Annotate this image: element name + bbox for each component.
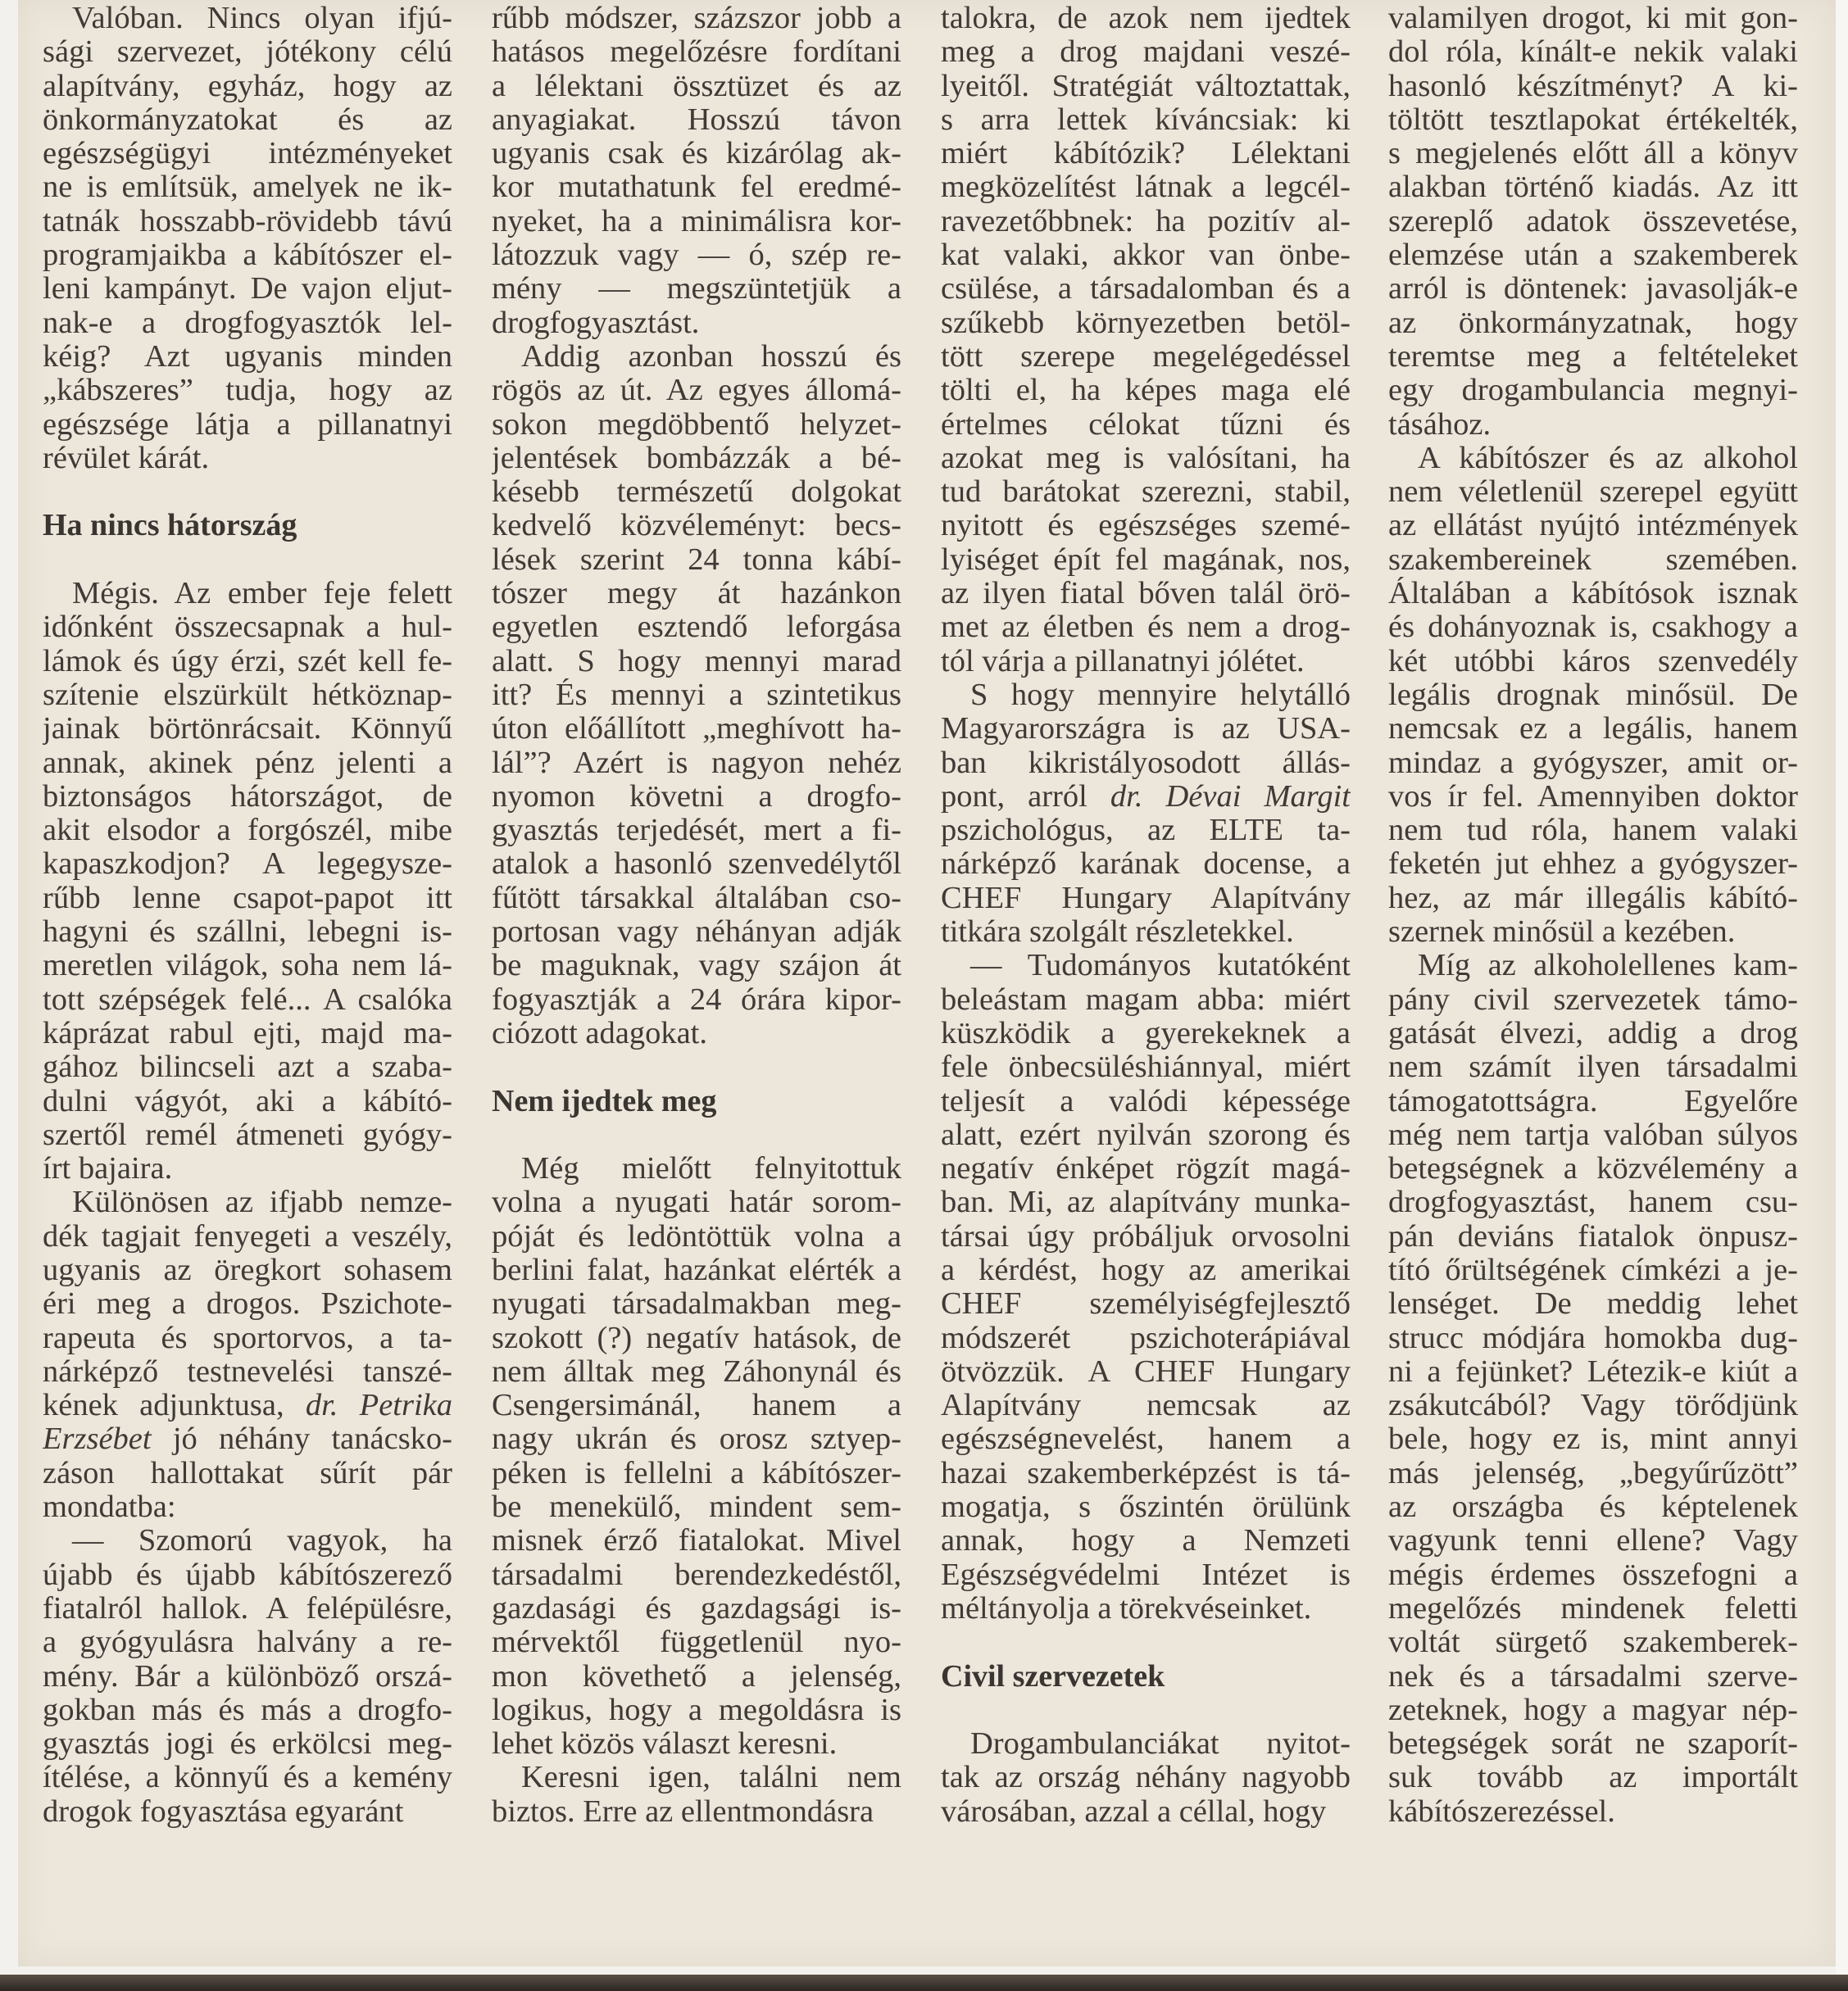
article-text-line: szereplő adatok összevetése, [1388, 205, 1798, 238]
article-text-line: drogfogyasztást, hanem csu- [1388, 1186, 1798, 1219]
article-text-line: gokban más és más a drogfo- [43, 1694, 452, 1727]
article-column-3: talokra, de azok nem ijedtekmeg a drog m… [941, 0, 1351, 1829]
article-text-line: — Tudományos kutatóként [941, 949, 1351, 982]
article-text-line: ni a fejünket? Létezik-e kiút a [1388, 1355, 1798, 1389]
article-text-line: egészségügyi intézményeket [43, 137, 452, 170]
article-text-line: A kábítószer és az alkohol [1388, 442, 1798, 475]
scan-margin [1836, 0, 1848, 1975]
article-text-line: pont, arról dr. Dévai Margit [941, 780, 1351, 814]
article-text-line: drogok fogyasztása egyaránt [43, 1795, 452, 1829]
article-text-line: fele önbecsüléshiánnyal, miért [941, 1050, 1351, 1084]
article-text-line: két utóbbi káros szenvedély [1388, 645, 1798, 678]
article-text-line: arról is döntenek: javasolják-e [1388, 272, 1798, 306]
article-text-line: éri meg a drogos. Pszichote- [43, 1287, 452, 1321]
article-text-line: kéig? Azt ugyanis minden [43, 340, 452, 374]
article-text-line: tásához. [1388, 408, 1798, 442]
article-text-line: rapeuta és sportorvos, a ta- [43, 1322, 452, 1355]
article-text-line: hagyni és szállni, lebegni is- [43, 915, 452, 949]
article-text-line: negatív énképet rögzít magá- [941, 1152, 1351, 1186]
article-text-line: vos ír fel. Amennyiben doktor [1388, 780, 1798, 814]
article-text-line: mérvektől függetlenül nyo- [492, 1626, 901, 1659]
article-text-line: egy drogambulancia megnyi- [1388, 374, 1798, 407]
article-text-line: úton előállított „meghívott ha- [492, 712, 901, 746]
article-text-line: szernek minősül a kezében. [1388, 915, 1798, 949]
article-text-line: Magyarországra is az USA- [941, 712, 1351, 746]
article-text-line: titkára szolgált részletekkel. [941, 915, 1351, 949]
section-heading: Nem ijedtek meg [492, 1085, 901, 1118]
article-text-line: szítenie elszürkült hétköznap- [43, 678, 452, 712]
article-text-line: gazdasági és gazdagsági is- [492, 1592, 901, 1626]
article-text-line: tölti el, ha képes maga elé [941, 374, 1351, 407]
article-text-line: nagy ukrán és orosz sztyep- [492, 1422, 901, 1456]
article-text-line: az országba és képtelenek [1388, 1490, 1798, 1524]
article-text-line: az ellátást nyújtó intézmények [1388, 509, 1798, 542]
article-text-line: kat valaki, akkor van önbe- [941, 238, 1351, 272]
section-heading: Ha nincs hátország [43, 509, 452, 542]
article-text-line: tól várja a pillanatnyi jólétet. [941, 645, 1351, 678]
article-text-line: kor mutathatunk fel eredmé- [492, 170, 901, 204]
article-text-line: tak az ország néhány nagyobb [941, 1761, 1351, 1794]
article-text-line: időnként összecsapnak a hul- [43, 610, 452, 644]
article-text-line: zeteknek, hogy a magyar nép- [1388, 1694, 1798, 1727]
article-text-line: péken is fellelni a kábítószer- [492, 1457, 901, 1490]
article-text-line: kapaszkodjon? A legegysze- [43, 847, 452, 881]
article-text-line: az ilyen fiatal bőven talál örö- [941, 577, 1351, 610]
article-text-line: gához bilincseli azt a szaba- [43, 1050, 452, 1084]
article-text-line: csülése, a társadalomban és a [941, 272, 1351, 306]
article-text-line: talokra, de azok nem ijedtek [941, 2, 1351, 35]
article-text-line: betegségek sorát ne szaporít- [1388, 1727, 1798, 1761]
article-text-line: szakembereinek szemében. [1388, 543, 1798, 577]
article-text-line: lehet közös választ keresni. [492, 1727, 901, 1761]
article-text-line: ban kikristályosodott állás- [941, 746, 1351, 780]
article-text-line: leni kampányt. De vajon eljut- [43, 272, 452, 306]
article-text-line: be maguknak, vagy szájon át [492, 949, 901, 982]
article-text-line: társadalmi berendezkedéstől, [492, 1558, 901, 1592]
article-text-line: gyasztás jogi és erkölcsi meg- [43, 1727, 452, 1761]
article-text-line: hasonló készítményt? A ki- [1388, 70, 1798, 103]
article-text-line: mégis érdemes összefogni a [1388, 1558, 1798, 1592]
article-text-line: ugyanis az öregkort sohasem [43, 1254, 452, 1287]
article-text-line: teljesít a valódi képessége [941, 1085, 1351, 1118]
article-text-line: ugyanis csak és kizárólag ak- [492, 137, 901, 170]
person-name: dr. Dévai Margit [1110, 780, 1351, 814]
article-text-line: kedvelő közvéleményt: becs- [492, 509, 901, 542]
article-text-line: nárképző testnevelési tanszé- [43, 1355, 452, 1389]
article-text-line: anyagiakat. Hosszú távon [492, 103, 901, 137]
article-text-line: Különösen az ifjabb nemze- [43, 1186, 452, 1219]
article-text-line: záson hallottakat sűrít pár [43, 1457, 452, 1490]
article-text-line: szűkebb környezetben betöl- [941, 306, 1351, 340]
article-text-line: fogyasztják a 24 órára kipor- [492, 983, 901, 1017]
article-text-line: mon követhető a jelenség, [492, 1660, 901, 1694]
article-text-line: mény — megszüntetjük a [492, 272, 901, 306]
article-text-line: — Szomorú vagyok, ha [43, 1524, 452, 1558]
article-text-line: és dohányoznak is, csakhogy a [1388, 610, 1798, 644]
article-text-line: városában, azzal a céllal, hogy [941, 1795, 1351, 1829]
article-text-line: nem tud róla, hanem valaki [1388, 814, 1798, 847]
article-text-line: hatásos megelőzésre fordítani [492, 35, 901, 69]
article-text-line: fűtött társakkal általában cso- [492, 882, 901, 915]
article-text-line: nyitott és egészséges szemé- [941, 509, 1351, 542]
article-text-line: mény. Bár a különböző orszá- [43, 1660, 452, 1694]
article-text-line: nak-e a drogfogyasztók lel- [43, 306, 452, 340]
article-text-line: meg a drog majdani veszé- [941, 35, 1351, 69]
article-text-line: jelentések bombázzák a bé- [492, 442, 901, 475]
article-text-line: Erzsébet jó néhány tanácsko- [43, 1422, 452, 1456]
article-text-line: Még mielőtt felnyitottuk [492, 1152, 901, 1186]
article-text-line: küszködik a gyerekeknek a [941, 1017, 1351, 1050]
article-text-line: megelőzés mindenek feletti [1388, 1592, 1798, 1626]
article-text-line: tött szerepe megelégedéssel [941, 340, 1351, 374]
article-column-4: valamilyen drogot, ki mit gon-dol róla, … [1388, 0, 1798, 1829]
article-text-line: káprázat rabul ejti, majd ma- [43, 1017, 452, 1050]
article-text-line: társai úgy próbáljuk orvosolni [941, 1220, 1351, 1254]
article-text-line: ne is említsük, amelyek ne ik- [43, 170, 452, 204]
article-text-line: a gyógyulásra halvány a re- [43, 1626, 452, 1659]
article-text-line: egészségnevelést, hanem a [941, 1422, 1351, 1456]
article-text-line: gatását élvezi, addig a drog [1388, 1017, 1798, 1050]
article-text-line: Keresni igen, találni nem [492, 1761, 901, 1794]
article-text-line: tatnák hosszabb-rövidebb távú [43, 205, 452, 238]
article-text-line: írt bajaira. [43, 1152, 452, 1186]
article-text-line: biztos. Erre az ellentmondásra [492, 1795, 901, 1829]
article-text-line: Míg az alkoholellenes kam- [1388, 949, 1798, 982]
article-text-line: Addig azonban hosszú és [492, 340, 901, 374]
article-text-line: jainak börtönrácsait. Könnyű [43, 712, 452, 746]
article-text-line: legális drognak minősül. De [1388, 678, 1798, 712]
article-text-line: dék tagjait fenyegeti a veszély, [43, 1220, 452, 1254]
article-text-line: rűbb lenne csapot-papot itt [43, 882, 452, 915]
article-text-line: méltányolja a törekvéseinket. [941, 1592, 1351, 1626]
article-text-line: berlini falat, hazánkat elérték a [492, 1254, 901, 1287]
article-text-line: szertől remél átmeneti gyógy- [43, 1118, 452, 1152]
article-text-line: ciózott adagokat. [492, 1017, 901, 1050]
article-text-line: egészsége látja a pillanatnyi [43, 408, 452, 442]
article-text-line: ítélése, a könnyű és a kemény [43, 1761, 452, 1794]
article-text-line: póját és ledöntöttük volna a [492, 1220, 901, 1254]
article-text-line: ravezetőbbnek: ha pozitív al- [941, 205, 1351, 238]
article-text-line: lyeitől. Stratégiát változtattak, [941, 70, 1351, 103]
article-text-line: hazai szakemberképzést is tá- [941, 1457, 1351, 1490]
article-text-line: önkormányzatokat és az [43, 103, 452, 137]
article-text-line: az önkormányzatnak, hogy [1388, 306, 1798, 340]
article-text-line: tító őrültségének címkézi a je- [1388, 1254, 1798, 1287]
article-text-line: töltött tesztlapokat értékelték, [1388, 103, 1798, 137]
article-text-line: rögös az út. Az egyes állomá- [492, 374, 901, 407]
article-text-line: programjaikba a kábítószer el- [43, 238, 452, 272]
article-text-line: volna a nyugati határ sorom- [492, 1186, 901, 1219]
article-text-line: még nem tartja valóban súlyos [1388, 1118, 1798, 1152]
article-text-line: logikus, hogy a megoldásra is [492, 1694, 901, 1727]
article-text-line: nárképző karának docense, a [941, 847, 1351, 881]
article-text-line: késebb természetű dolgokat [492, 475, 901, 509]
article-text-line: elemzése után a szakemberek [1388, 238, 1798, 272]
article-text-line: tud barátokat szerezni, stabil, [941, 475, 1351, 509]
article-text-line: alapítvány, egyház, hogy az [43, 70, 452, 103]
article-text-line: nem véletlenül szerepel együtt [1388, 475, 1798, 509]
person-name: Erzsébet [43, 1422, 152, 1456]
article-text-line: S hogy mennyire helytálló [941, 678, 1351, 712]
article-text-line: annak, akinek pénz jelenti a [43, 746, 452, 780]
article-text-line: pszichológus, az ELTE ta- [941, 814, 1351, 847]
article-text-line: atalok a hasonló szenvedélytől [492, 847, 901, 881]
article-text-line: itt? És mennyi a szintetikus [492, 678, 901, 712]
article-text-line: alakban történő kiadás. Az itt [1388, 170, 1798, 204]
article-text-line: értelmes célokat tűzni és [941, 408, 1351, 442]
article-text-line: CHEF Hungary Alapítvány [941, 882, 1351, 915]
article-text-line: dulni vágyót, aki a kábító- [43, 1085, 452, 1118]
article-text-line: kábítószerezéssel. [1388, 1795, 1798, 1829]
article-text-line: beleástam magam abba: miért [941, 983, 1351, 1017]
article-text-line: portosan vagy néhányan adják [492, 915, 901, 949]
article-text-line: lyiséget épít fel magának, nos, [941, 543, 1351, 577]
article-text-line: Egészségvédelmi Intézet is [941, 1558, 1351, 1592]
article-text-line: Drogambulanciákat nyitot- [941, 1727, 1351, 1761]
article-text-line: s megjelenés előtt áll a könyv [1388, 137, 1798, 170]
article-text-line: szokott (?) negatív hatások, de [492, 1322, 901, 1355]
article-text-line: strucc módjára homokba dug- [1388, 1322, 1798, 1355]
article-text-line: fiatalról hallok. A felépülésre, [43, 1592, 452, 1626]
section-heading: Civil szervezetek [941, 1660, 1351, 1694]
article-text-line: miért kábítózik? Lélektani [941, 137, 1351, 170]
article-column-2: rűbb módszer, százszor jobb ahatásos meg… [492, 0, 901, 1829]
article-text-line: újabb és újabb kábítószerező [43, 1558, 452, 1592]
article-text-line: lenséget. De meddig lehet [1388, 1287, 1798, 1321]
article-text-line: sági szervezet, jótékony célú [43, 35, 452, 69]
article-text-line: zsákutcából? Vagy törődjünk [1388, 1389, 1798, 1422]
article-text-line: más jelenség, „begyűrűzött” [1388, 1457, 1798, 1490]
article-text-line: alatt, ezért nyilván szorong és [941, 1118, 1351, 1152]
article-text-line: megközelítést látnak a legcél- [941, 170, 1351, 204]
article-text-line: hez, az már illegális kábító- [1388, 882, 1798, 915]
article-text-line: egyetlen esztendő leforgása [492, 610, 901, 644]
article-text-line: Általában a kábítósok isznak [1388, 577, 1798, 610]
article-text-line: tott szépségek felé... A csalóka [43, 983, 452, 1017]
article-text-line: Csengersimánál, hanem a [492, 1389, 901, 1422]
article-text-line: vagyunk tenni ellene? Vagy [1388, 1524, 1798, 1558]
article-text-line: gyasztás terjedését, mert a fi- [492, 814, 901, 847]
article-text-line: misnek érző fiatalokat. Mivel [492, 1524, 901, 1558]
article-text-line: nyomon követni a drogfo- [492, 780, 901, 814]
scanner-bottom-edge [0, 1975, 1848, 1991]
article-text-line: mindaz a gyógyszer, amit or- [1388, 746, 1798, 780]
article-text-line: ötvözzük. A CHEF Hungary [941, 1355, 1351, 1389]
article-text-line: akit elsodor a forgószél, mibe [43, 814, 452, 847]
article-text-line: suk tovább az importált [1388, 1761, 1798, 1794]
article-text-line: rűbb módszer, százszor jobb a [492, 2, 901, 35]
article-text-line: ban. Mi, az alapítvány munka- [941, 1186, 1351, 1219]
article-column-1: Valóban. Nincs olyan ifjú-sági szervezet… [43, 0, 452, 1829]
article-text-line: mondatba: [43, 1490, 452, 1524]
article-text-line: biztonságos hátországot, de [43, 780, 452, 814]
article-text-line: drogfogyasztást. [492, 306, 901, 340]
article-text-line: nyugati társadalmakban meg- [492, 1287, 901, 1321]
article-text-line: Mégis. Az ember feje felett [43, 577, 452, 610]
article-text-line: a kérdést, hogy az amerikai [941, 1254, 1351, 1287]
article-text-line: lámok és úgy érzi, szét kell fe- [43, 645, 452, 678]
article-text-line: módszerét pszichoterápiával [941, 1322, 1351, 1355]
article-text-line: meretlen világok, soha nem lá- [43, 949, 452, 982]
article-text-line: pány civil szervezetek támo- [1388, 983, 1798, 1017]
article-text-line: kének adjunktusa, dr. Petrika [43, 1389, 452, 1422]
article-text-line: nem álltak meg Záhonynál és [492, 1355, 901, 1389]
article-text-line: révület kárát. [43, 442, 452, 475]
article-text-line: lések szerint 24 tonna kábí- [492, 543, 901, 577]
article-text-line: Valóban. Nincs olyan ifjú- [43, 2, 452, 35]
article-text-line: mogatja, s őszintén örülünk [941, 1490, 1351, 1524]
article-text-line: dol róla, kínált-e nekik valaki [1388, 35, 1798, 69]
article-text-line: sokon megdöbbentő helyzet- [492, 408, 901, 442]
article-text-line: feketén jut ehhez a gyógyszer- [1388, 847, 1798, 881]
article-text-line: betegségnek a közvélemény a [1388, 1152, 1798, 1186]
person-name: dr. Petrika [306, 1389, 452, 1422]
article-text-line: teremtse meg a feltételeket [1388, 340, 1798, 374]
article-text-line: lál”? Azért is nagyon nehéz [492, 746, 901, 780]
article-text-line: támogatottságra. Egyelőre [1388, 1085, 1798, 1118]
article-text-line: nyeket, ha a minimálisra kor- [492, 205, 901, 238]
article-text-line: valamilyen drogot, ki mit gon- [1388, 2, 1798, 35]
article-text-line: met az életben és nem a drog- [941, 610, 1351, 644]
article-text-line: nem számít ilyen társadalmi [1388, 1050, 1798, 1084]
article-text-line: nek és a társadalmi szerve- [1388, 1660, 1798, 1694]
article-text-line: be menekülő, mindent sem- [492, 1490, 901, 1524]
article-text-line: pán deviáns fiatalok önpusz- [1388, 1220, 1798, 1254]
article-text-line: voltát sürgető szakemberek- [1388, 1626, 1798, 1659]
article-text-line: a lélektani össztüzet és az [492, 70, 901, 103]
article-text-line: azokat meg is valósítani, ha [941, 442, 1351, 475]
article-text-line: Alapítvány nemcsak az [941, 1389, 1351, 1422]
article-text-line: alatt. S hogy mennyi marad [492, 645, 901, 678]
article-text-line: bele, hogy ez is, mint annyi [1388, 1422, 1798, 1456]
article-text-line: s arra lettek kíváncsiak: ki [941, 103, 1351, 137]
article-text-line: annak, hogy a Nemzeti [941, 1524, 1351, 1558]
article-text-line: nemcsak ez a legális, hanem [1388, 712, 1798, 746]
article-text-line: „kábszeres” tudja, hogy az [43, 374, 452, 407]
article-text-line: tószer megy át hazánkon [492, 577, 901, 610]
article-text-line: CHEF személyiségfejlesztő [941, 1287, 1351, 1321]
article-text-line: látozzuk vagy — ó, szép re- [492, 238, 901, 272]
